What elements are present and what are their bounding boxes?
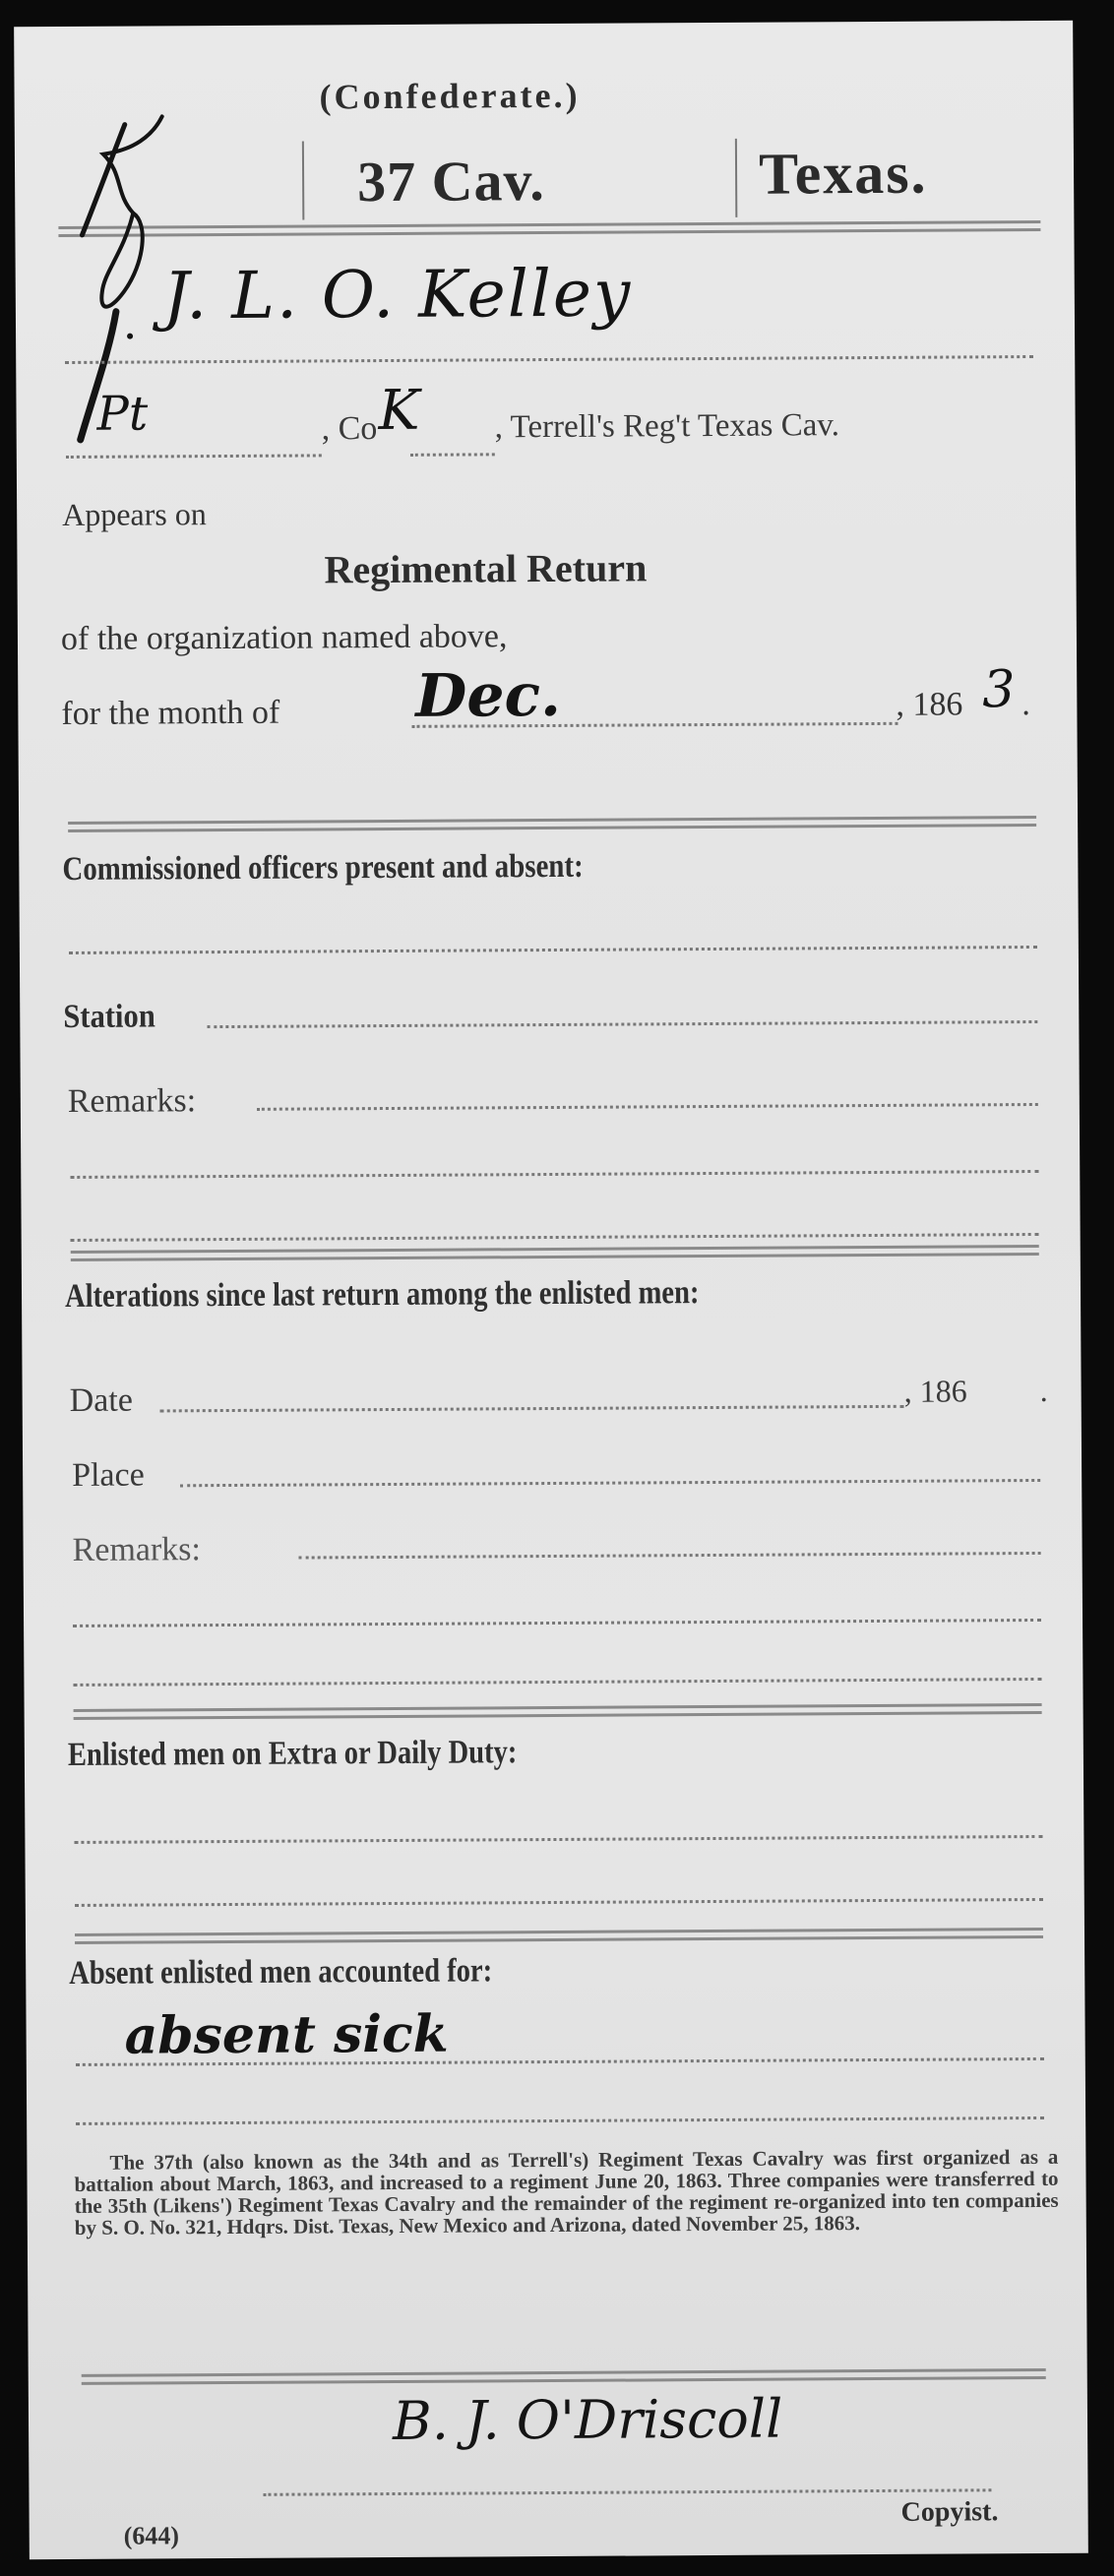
- regiment-label: , Terrell's Reg't Texas Cav.: [495, 407, 840, 446]
- commissioned-dotted-line: [69, 946, 1037, 954]
- company-label: , Co: [322, 410, 378, 448]
- section-rule-4: [75, 1928, 1043, 1944]
- rank-handwritten: Pt: [96, 386, 148, 441]
- soldier-name-handwritten: J. L. O. Kelley: [163, 255, 633, 334]
- commissioned-heading: Commissioned officers present and absent…: [62, 848, 584, 889]
- commissioned-remarks-dotted-line-3: [71, 1233, 1039, 1242]
- copyist-label: Copyist.: [901, 2496, 999, 2529]
- document-type-heading: Regimental Return: [324, 544, 647, 592]
- regiment-history-footnote: The 37th (also known as the 34th and as …: [74, 2146, 1059, 2239]
- date-year-prefix: , 186: [904, 1373, 967, 1409]
- alterations-remarks-label: Remarks:: [72, 1531, 201, 1569]
- date-dotted-line: [160, 1405, 904, 1413]
- header-divider-right: [735, 139, 737, 217]
- month-label: for the month of: [61, 695, 279, 733]
- name-dotted-line: [65, 355, 1033, 364]
- state-label: Texas.: [759, 140, 928, 209]
- company-handwritten: K: [378, 379, 419, 443]
- alterations-remarks-dotted-line-3: [73, 1678, 1041, 1687]
- organization-text: of the organization named above,: [61, 618, 508, 658]
- alterations-remarks-dotted-line-2: [73, 1619, 1041, 1627]
- compiled-service-record-card: (Confederate.) 37 Cav. Texas. J. L. O. K…: [14, 21, 1088, 2560]
- confederate-label: (Confederate.): [319, 75, 580, 118]
- alterations-remarks-dotted-line-1: [299, 1552, 1041, 1560]
- signature-dotted-line: [263, 2488, 991, 2496]
- extra-duty-dotted-line-2: [75, 1898, 1043, 1907]
- extra-duty-heading: Enlisted men on Extra or Daily Duty:: [68, 1734, 518, 1774]
- copyist-signature-handwritten: B. J. O'Driscoll: [393, 2388, 783, 2452]
- extra-duty-dotted-line-1: [74, 1835, 1042, 1844]
- year-suffix: .: [1021, 686, 1030, 723]
- commissioned-remarks-label: Remarks:: [68, 1082, 197, 1121]
- section-rule-2: [71, 1245, 1039, 1261]
- header-rule: [58, 220, 1040, 237]
- station-label: Station: [63, 998, 155, 1036]
- month-handwritten: Dec.: [415, 661, 561, 731]
- place-label: Place: [72, 1457, 145, 1495]
- place-dotted-line: [180, 1479, 1040, 1487]
- appears-on-label: Appears on: [62, 496, 207, 533]
- absent-entry-handwritten: absent sick: [124, 2004, 448, 2066]
- form-number: (644): [124, 2521, 180, 2550]
- absent-heading: Absent enlisted men accounted for:: [69, 1952, 492, 1993]
- date-year-suffix: .: [1040, 1373, 1048, 1409]
- section-rule-3: [74, 1703, 1042, 1720]
- footnote-rule: [82, 2368, 1046, 2385]
- header-divider-left: [302, 142, 304, 220]
- date-label: Date: [70, 1382, 133, 1420]
- unit-label: 37 Cav.: [357, 148, 545, 215]
- alterations-heading: Alterations since last return among the …: [65, 1274, 700, 1316]
- company-dotted-line: [410, 453, 495, 457]
- year-handwritten: 3: [982, 660, 1015, 719]
- section-rule-1: [68, 816, 1036, 832]
- commissioned-remarks-dotted-line-1: [257, 1103, 1038, 1111]
- station-dotted-line: [207, 1020, 1037, 1028]
- absent-dotted-line-2: [76, 2116, 1044, 2125]
- year-prefix: , 186: [896, 686, 962, 723]
- commissioned-remarks-dotted-line-2: [70, 1170, 1038, 1179]
